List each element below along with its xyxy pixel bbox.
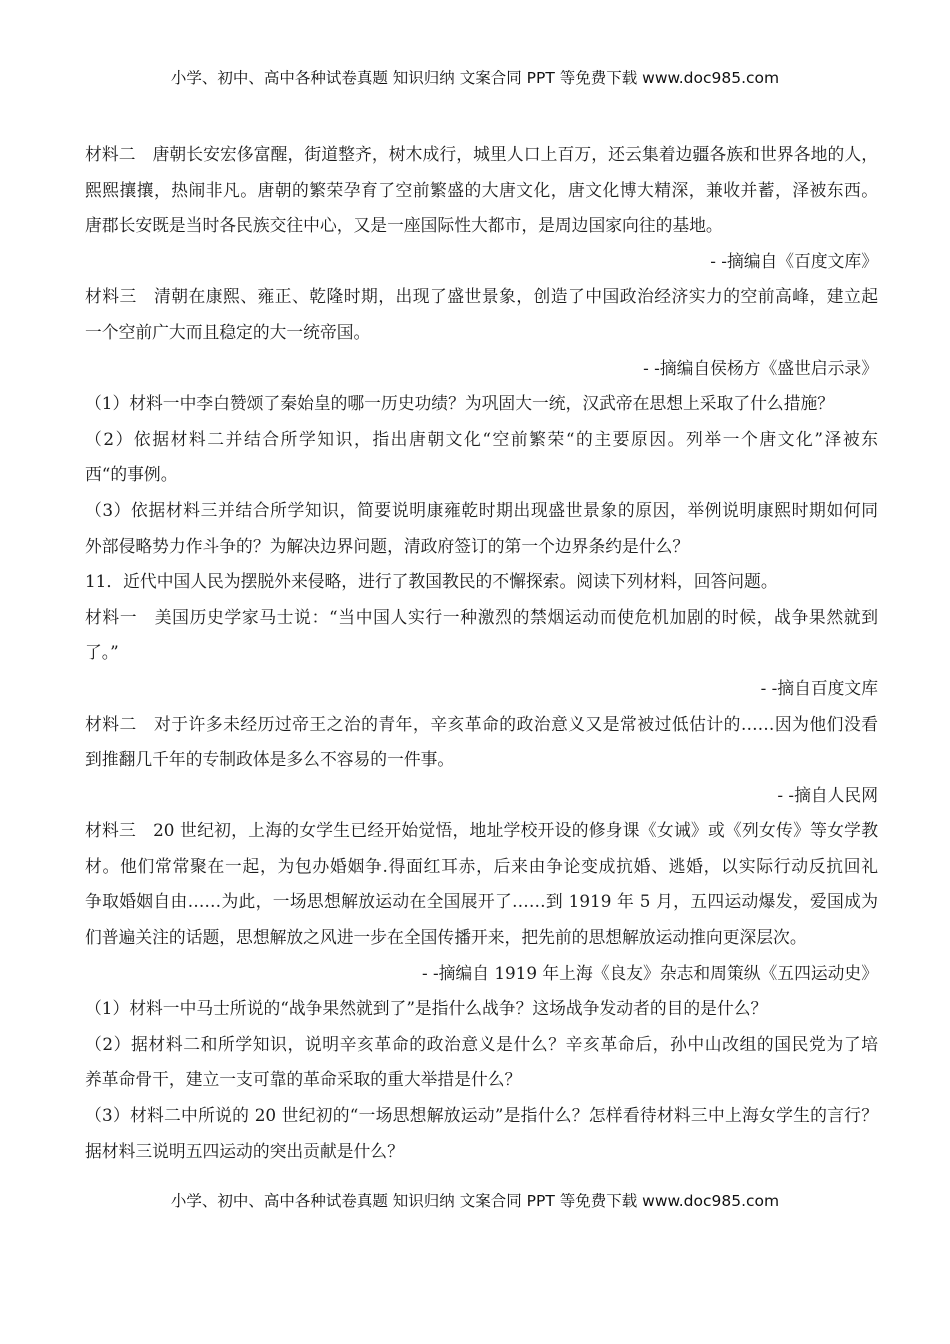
source-shengshi-qishilu: - -摘编自侯杨方《盛世启示录》 [85, 351, 878, 387]
header-watermark: 小学、初中、高中各种试卷真题 知识归纳 文案合同 PPT 等免费下载 www.d… [0, 69, 950, 87]
question-11-intro: 11．近代中国人民为摆脱外来侵略，进行了教国教民的不懈探索。阅读下列材料，回答问… [85, 564, 878, 600]
question-10-part-2-line-2: 西“的事例。 [85, 457, 878, 493]
document-body: 材料二 唐朝长安宏侈富醒，街道整齐，树木成行，城里人口上百万，还云集着边疆各族和… [85, 137, 878, 1169]
q11-material-3-line-4: 们普遍关注的话题，思想解放之风进一步在全国传播开来，把先前的思想解放运动推向更深… [85, 920, 878, 956]
source-baidu-wenku: - -摘编自《百度文库》 [85, 244, 878, 280]
material-2-line-2: 熙熙攘攘，热闹非凡。唐朝的繁荣孕育了空前繁盛的大唐文化，唐文化博大精深，兼收并蓄… [85, 173, 878, 209]
question-11-part-1: （1）材料一中马士所说的“战争果然就到了”是指什么战争？这场战争发动者的目的是什… [85, 991, 878, 1027]
material-3-line-1: 材料三 清朝在康熙、雍正、乾隆时期，出现了盛世景象，创造了中国政治经济实力的空前… [85, 279, 878, 315]
exam-document-page: 小学、初中、高中各种试卷真题 知识归纳 文案合同 PPT 等免费下载 www.d… [0, 0, 950, 1344]
footer-watermark: 小学、初中、高中各种试卷真题 知识归纳 文案合同 PPT 等免费下载 www.d… [0, 1192, 950, 1210]
q11-material-3-line-2: 材。他们常常聚在一起，为包办婚姻争.得面红耳赤，后来由争论变成抗婚、逃婚，以实际… [85, 849, 878, 885]
question-11-part-2-line-1: （2）据材料二和所学知识，说明辛亥革命的政治意义是什么？辛亥革命后，孙中山改组的… [85, 1027, 878, 1063]
q11-material-3-line-3: 争取婚姻自由……为此，一场思想解放运动在全国展开了……到 1919 年 5 月，… [85, 884, 878, 920]
source-baidu-wenku-2: - -摘自百度文库 [85, 671, 878, 707]
material-2-line-1: 材料二 唐朝长安宏侈富醒，街道整齐，树木成行，城里人口上百万，还云集着边疆各族和… [85, 137, 878, 173]
question-11-part-3-line-2: 据材料三说明五四运动的突出贡献是什么？ [85, 1134, 878, 1170]
source-renmin-wang: - -摘自人民网 [85, 778, 878, 814]
question-10-part-3-line-2: 外部侵略势力作斗争的？为解决边界问题，清政府签订的第一个边界条约是什么？ [85, 529, 878, 565]
q11-material-1-line-1: 材料一 美国历史学家马士说：“当中国人实行一种激烈的禁烟运动而使危机加剧的时候，… [85, 600, 878, 636]
question-10-part-1: （1）材料一中李白赞颂了秦始皇的哪一历史功绩？为巩固大一统，汉武帝在思想上采取了… [85, 386, 878, 422]
question-10-part-2-line-1: （2）依据材料二并结合所学知识，指出唐朝文化“空前繁荣“的主要原因。列举一个唐文… [85, 422, 878, 458]
source-liangyou-wusi: - -摘编自 1919 年上海《良友》杂志和周策纵《五四运动史》 [85, 956, 878, 992]
q11-material-2-line-2: 到推翻几千年的专制政体是多么不容易的一件事。 [85, 742, 878, 778]
q11-material-2-line-1: 材料二 对于许多未经历过帝王之治的青年，辛亥革命的政治意义又是常被过低估计的……… [85, 707, 878, 743]
question-10-part-3-line-1: （3）依据材料三并结合所学知识，简要说明康雍乾时期出现盛世景象的原因，举例说明康… [85, 493, 878, 529]
q11-material-3-line-1: 材料三 20 世纪初，上海的女学生已经开始觉悟，地址学校开设的修身课《女诫》或《… [85, 813, 878, 849]
material-3-line-2: 一个空前广大而且稳定的大一统帝国。 [85, 315, 878, 351]
question-11-part-2-line-2: 养革命骨干，建立一支可靠的革命采取的重大举措是什么？ [85, 1062, 878, 1098]
material-2-line-3: 唐郡长安既是当时各民族交往中心，又是一座国际性大都市，是周边国家向往的基地。 [85, 208, 878, 244]
question-11-part-3-line-1: （3）材料二中所说的 20 世纪初的“一场思想解放运动”是指什么？怎样看待材料三… [85, 1098, 878, 1134]
q11-material-1-line-2: 了。” [85, 635, 878, 671]
